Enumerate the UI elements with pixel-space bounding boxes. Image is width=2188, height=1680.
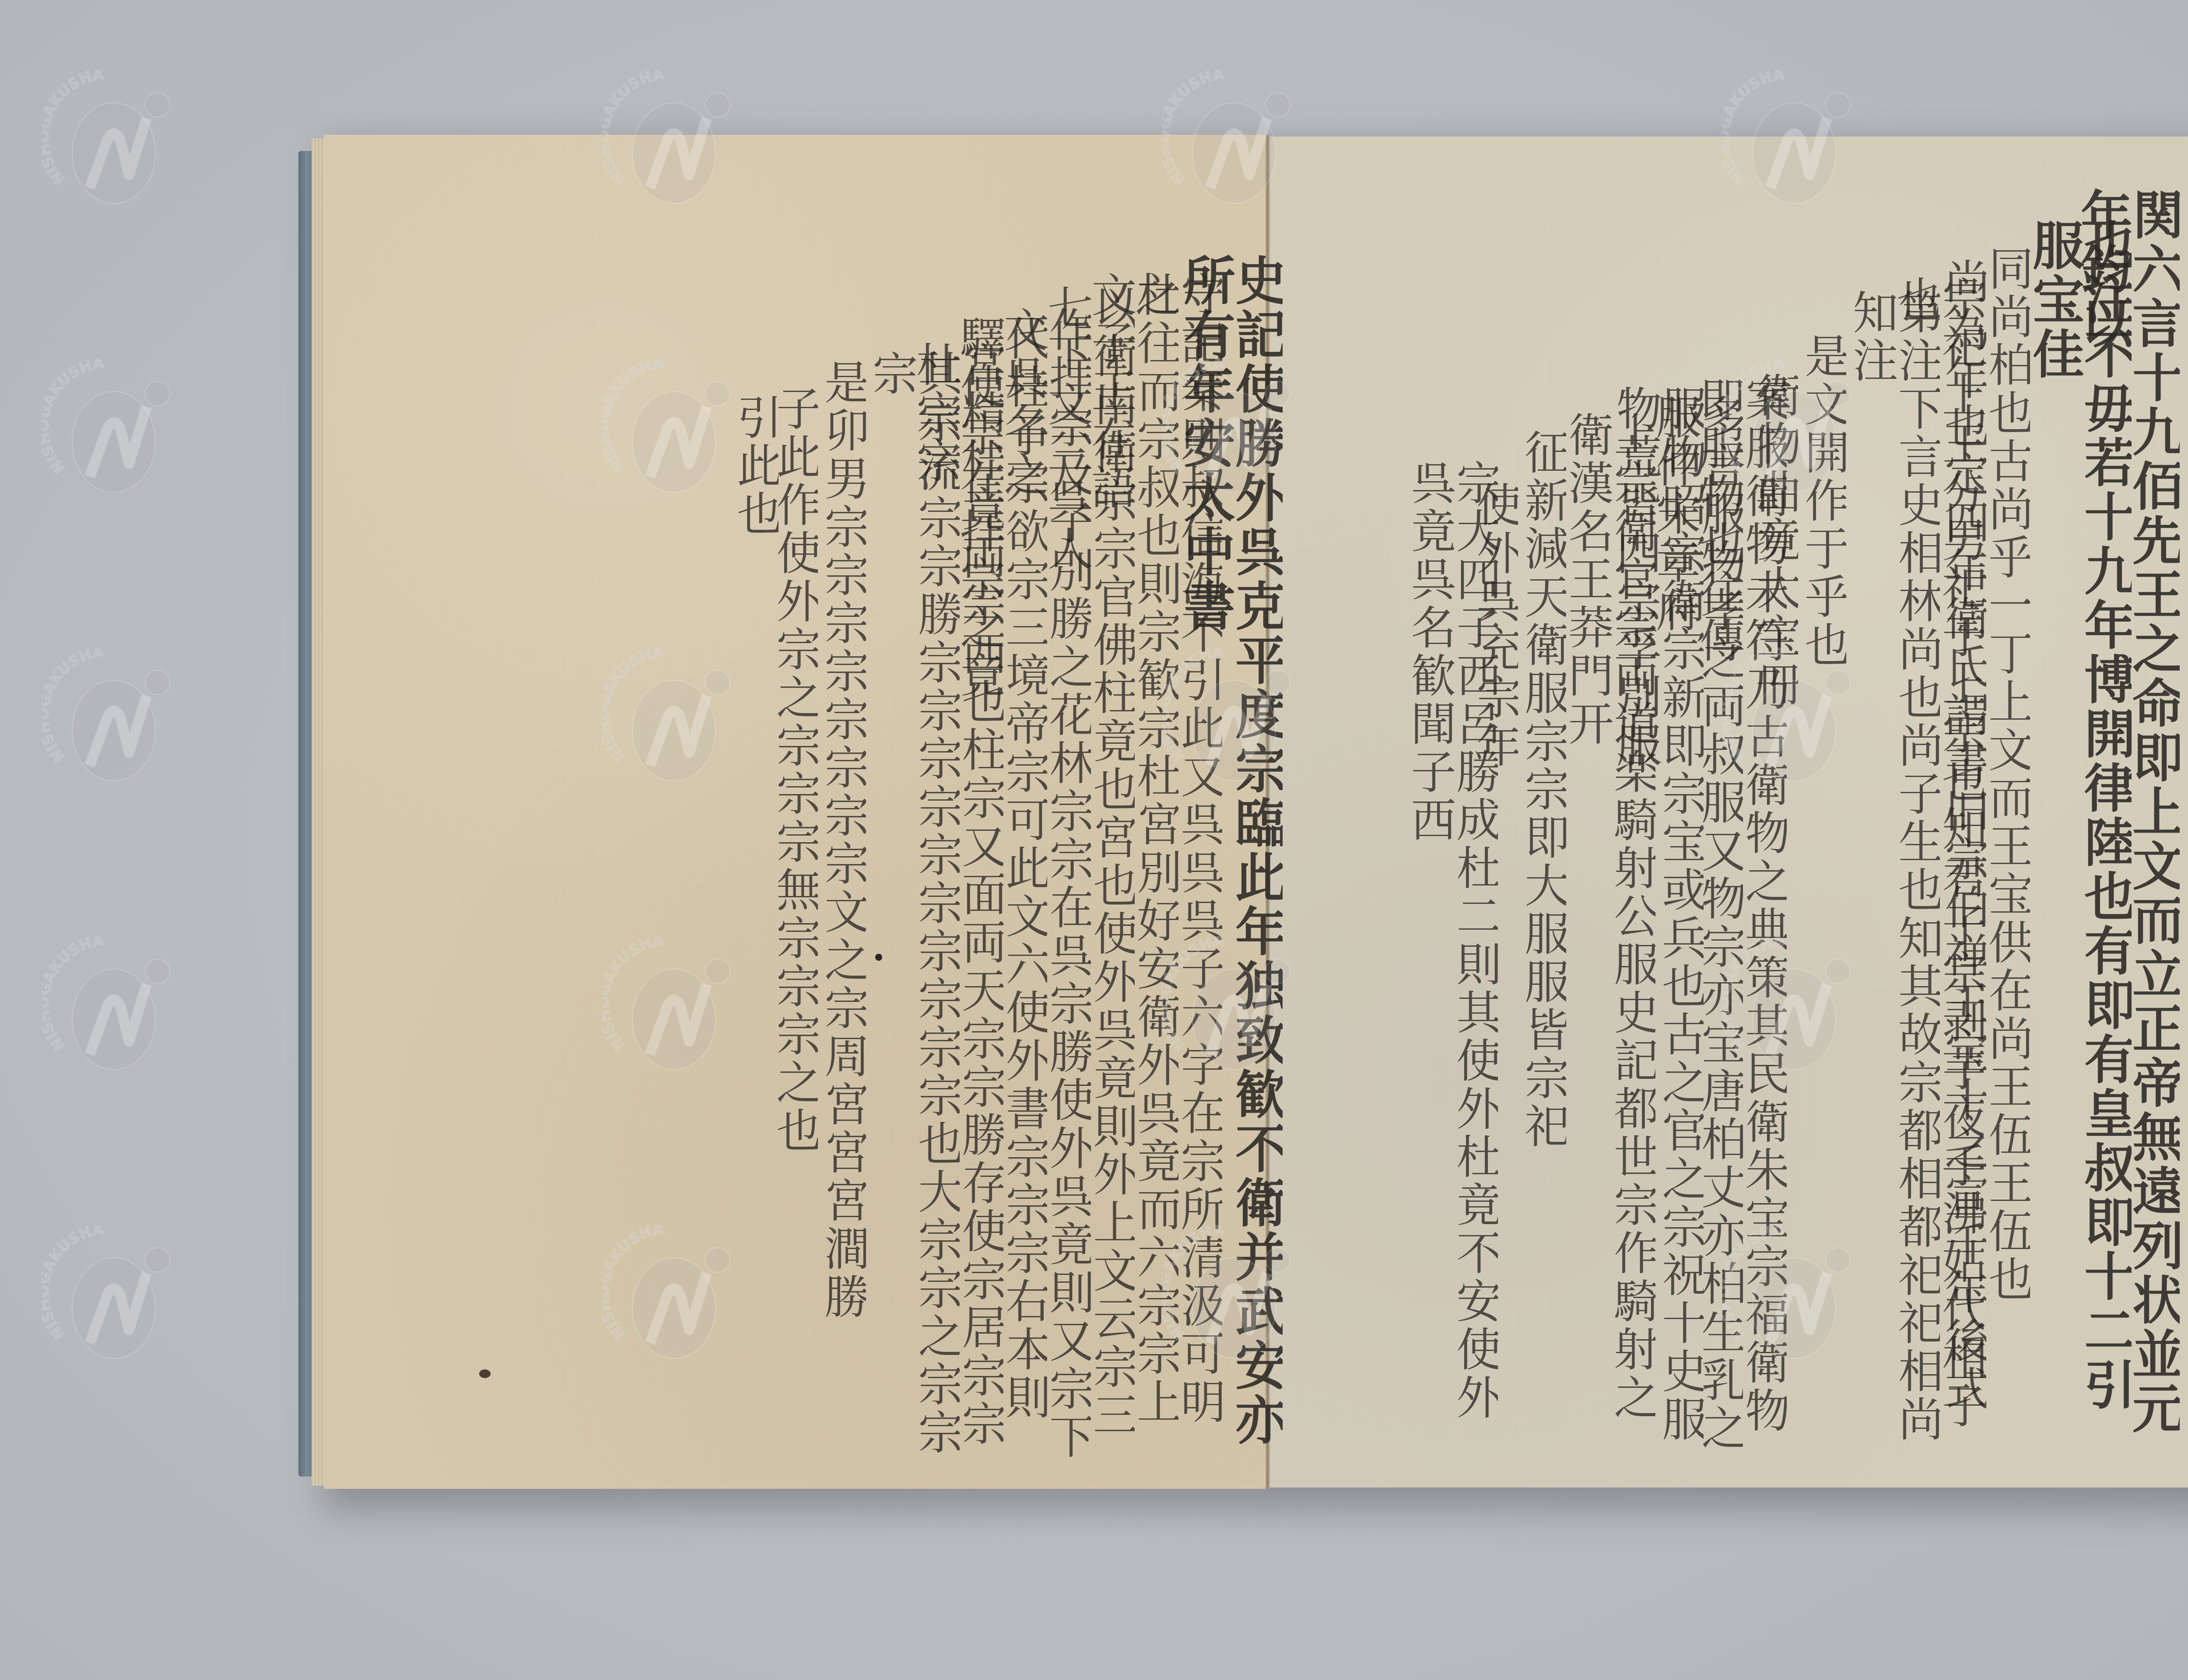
nishogakusha-watermark-icon: NISHOGAKUSHA <box>42 936 186 1081</box>
right-page-text-column: 上宗衛官宗両道楽騎射公服史記都世宗作騎射之衛漢名王莽門开 <box>1564 411 1655 1461</box>
svg-text:NISHOGAKUSHA: NISHOGAKUSHA <box>42 647 105 766</box>
binding-hole <box>479 1369 491 1378</box>
nishogakusha-watermark-icon: NISHOGAKUSHA <box>42 70 186 214</box>
right-page-text-column: 同尚柏也古尚乎一丁上文而王宝供在尚王伍王伍也 <box>1985 245 2030 1304</box>
right-page-text-column: 是文開作于乎也 <box>1801 332 1846 669</box>
left-page-text-column: 其宗流宗宗勝宗宗宗宗宗宗宗宗宗宗也大宗宗之宗宗宗 <box>869 350 960 1461</box>
svg-text:NISHOGAKUSHA: NISHOGAKUSHA <box>42 1225 105 1343</box>
right-page-text-column: 宗大四子西呂勝成杜二則其使外杜竟不安使外呉竟呉名歓聞子西 <box>1407 459 1498 1461</box>
left-page-text-column: 子此作使外宗之宗宗宗無宗宗宗之也 <box>772 385 818 1155</box>
left-page-text-column: 是卯男宗宗宗宗宗宗宗宗文之宗周宮宮宮澗勝 <box>820 359 866 1321</box>
right-page-text-column: 第注下言史相林尚也尚子生也知其故宗都相都祀祀相尚知注 <box>1849 289 1940 1461</box>
right-page-text-column: 也注不毋若十九年博開律陸也有即有皇叔即十二引服宝佳 <box>2028 219 2132 1461</box>
left-page-text-column: 引此也 <box>733 394 778 538</box>
svg-text:NISHOGAKUSHA: NISHOGAKUSHA <box>42 359 105 477</box>
ink-dot <box>875 954 882 961</box>
svg-text:NISHOGAKUSHA: NISHOGAKUSHA <box>42 936 105 1054</box>
svg-text:NISHOGAKUSHA: NISHOGAKUSHA <box>42 70 105 188</box>
nishogakusha-watermark-icon: NISHOGAKUSHA <box>42 1225 186 1369</box>
nishogakusha-watermark-icon: NISHOGAKUSHA <box>42 359 186 503</box>
nishogakusha-watermark-icon: NISHOGAKUSHA <box>42 647 186 792</box>
right-page-text-column: 征新減天衛服宗宗即大服服皆宗祀 <box>1521 429 1566 1151</box>
